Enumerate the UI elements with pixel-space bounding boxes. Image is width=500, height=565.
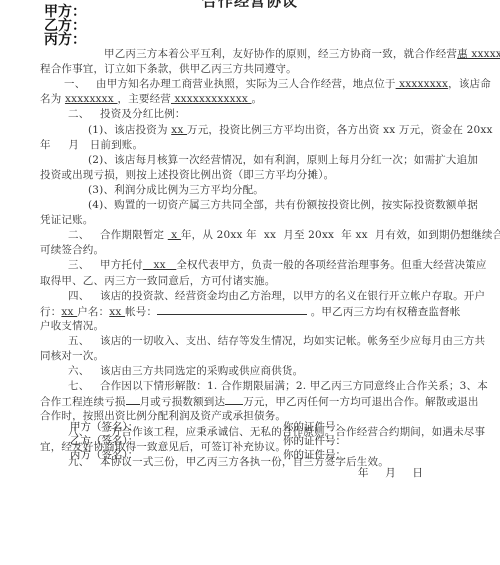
line-text: 行： [40, 306, 61, 318]
line-text: 三、 甲方托付 [68, 259, 143, 271]
agreement-line: 程合作事宜，订立如下条款，供甲乙丙三方共同遵守。 [40, 62, 485, 76]
line-text: 二、 合作期限暂定 [68, 229, 168, 241]
line-text: 合作工程连续亏损 [40, 396, 126, 408]
underlined-field: xxxxxxxxxxxx [171, 93, 252, 105]
line-text: 可续签合约。 [40, 244, 104, 256]
signature-party-c: 丙方（签名）： [70, 448, 138, 462]
line-text: 五、 该店的一切收入、支出、结存等发生情况，均如实记帐。帐务至少应每月由三方共 [68, 335, 485, 347]
document-page: 合作经营协议 甲方： 乙方： 丙方： 甲乙丙三方本着公平互利，友好协作的原则，经… [0, 0, 500, 565]
line-text: 全权代表甲方，负责一般的各项经营治理事务。但重大经营决策应 [176, 259, 486, 271]
agreement-line: 行：xx 户名：xx 帐号： 。甲乙丙三方均有权稽查监督帐 [40, 304, 485, 319]
signature-party-a: 甲方（签名）： [70, 420, 138, 434]
agreement-line: 投资或出现亏损，则按上述投资比例出资（即三方平均分摊）。 [40, 168, 485, 182]
line-text: (3)、利润分成比例为三方平均分配。 [88, 184, 264, 196]
agreement-line: 六、 该店由三方共同选定的采购或供应商供货。 [40, 364, 500, 378]
line-text: 年，从 20xx 年 xx 月至 20xx 年 xx 月有效，如到期仍想继续合作… [181, 229, 500, 241]
agreement-line: (4)、购置的一切资产属三方共同全部，共有份额按投资比例，按实际投资数额单据 [40, 198, 500, 212]
underlined-field: xxxxxxxx [65, 93, 118, 105]
agreement-line: 五、 该店的一切收入、支出、结存等发生情况，均如实记帐。帐务至少应每月由三方共 [40, 334, 500, 348]
agreement-line: (2)、该店每月核算一次经营情况，如有利润，原则上每月分红一次；如需扩大追加 [40, 153, 500, 167]
line-text: 同核对一次。 [40, 350, 104, 362]
underlined-field: xx [143, 259, 176, 271]
underlined-field: xx [171, 124, 187, 136]
id-number-party-a: 你的证件号： [283, 420, 346, 434]
underlined-field: xx [61, 306, 77, 318]
agreement-line: 合作工程连续亏损月或亏损数额到达万元，甲乙丙任何一方均可退出合作。解散或退出 [40, 394, 485, 409]
line-text: 户收支情况。 [40, 320, 104, 332]
line-text: (1)、该店投资为 [88, 124, 171, 136]
agreement-line: 可续签合约。 [40, 243, 485, 257]
agreement-line: 二、 合作期限暂定 x 年，从 20xx 年 xx 月至 20xx 年 xx 月… [40, 228, 500, 242]
line-text: ，该店命 [448, 78, 491, 90]
agreement-line: (3)、利润分成比例为三方平均分配。 [40, 183, 500, 197]
line-text: 。 [252, 93, 263, 105]
date-line: 年 月 日 [358, 466, 423, 480]
line-text: 年 月 日前到账。 [40, 139, 143, 151]
agreement-line: 取得甲、乙、丙三方一致同意后，方可付诸实施。 [40, 274, 485, 288]
line-text: 万元，甲乙丙任何一方均可退出合作。解散或退出 [243, 396, 478, 408]
underlined-field: 惠 xxxxxx [457, 48, 500, 60]
line-text: 四、 该店的投资款、经营资金均由乙方治理，以甲方的名义在银行开立帐户存取。开户 [68, 290, 485, 302]
id-number-party-b: 你的证件号： [283, 434, 346, 448]
line-text: 帐号： [125, 306, 157, 318]
agreement-line: 一、 由甲方知名办理工商营业执照，实际为三人合作经营，地点位于 xxxxxxxx… [40, 77, 500, 91]
fill-in-blank [157, 304, 307, 315]
line-text: 七、 合作因以下情形解散：1. 合作期限届满；2. 甲乙丙三方同意终止合作关系；… [68, 380, 488, 392]
line-text: 六、 该店由三方共同选定的采购或供应商供货。 [68, 365, 303, 377]
line-text: 户名： [77, 306, 109, 318]
line-text: 月或亏损数额到达 [140, 396, 226, 408]
line-text: (4)、购置的一切资产属三方共同全部，共有份额按投资比例，按实际投资数额单据 [88, 199, 478, 211]
fill-in-blank [225, 394, 243, 405]
underlined-field: xxxxxxxx [396, 78, 449, 90]
line-text: (2)、该店每月核算一次经营情况，如有利润，原则上每月分红一次；如需扩大追加 [88, 154, 478, 166]
line-text: 。甲乙丙三方均有权稽查监督帐 [307, 306, 460, 318]
agreement-line: 甲乙丙三方本着公平互利，友好协作的原则，经三方协商一致，就合作经营惠 xxxxx… [40, 47, 500, 61]
id-number-party-c: 你的证件号： [283, 448, 346, 462]
agreement-line: 年 月 日前到账。 [40, 138, 485, 152]
agreement-line: 名为 xxxxxxxx ，主要经营 xxxxxxxxxxxx 。 [40, 92, 485, 106]
agreement-line: (1)、该店投资为 xx 万元，投资比例三方平均出资，各方出资 xx 万元，资金… [40, 123, 500, 137]
line-text: ，主要经营 [117, 93, 171, 105]
line-text: 投资或出现亏损，则按上述投资比例出资（即三方平均分摊）。 [40, 169, 334, 181]
line-text: 二、 投资及分红比例： [68, 108, 186, 120]
line-text: 名为 [40, 93, 65, 105]
line-text: 甲乙丙三方本着公平互利，友好协作的原则，经三方协商一致，就合作经营 [104, 48, 457, 60]
line-text: 取得甲、乙、丙三方一致同意后，方可付诸实施。 [40, 275, 275, 287]
line-text: 一、 由甲方知名办理工商营业执照，实际为三人合作经营，地点位于 [64, 78, 396, 90]
agreement-line: 凭证记账。 [40, 213, 485, 227]
agreement-line: 三、 甲方托付 xx 全权代表甲方，负责一般的各项经营治理事务。但重大经营决策应 [40, 258, 500, 272]
fill-in-blank [126, 394, 140, 405]
line-text: 凭证记账。 [40, 214, 94, 226]
agreement-line: 七、 合作因以下情形解散：1. 合作期限届满；2. 甲乙丙三方同意终止合作关系；… [40, 379, 500, 393]
agreement-line: 户收支情况。 [40, 319, 485, 333]
agreement-line: 同核对一次。 [40, 349, 485, 363]
signature-party-b: 乙方（签名）： [70, 434, 138, 448]
underlined-field: x [168, 229, 181, 241]
agreement-line: 四、 该店的投资款、经营资金均由乙方治理，以甲方的名义在银行开立帐户存取。开户 [40, 289, 500, 303]
agreement-line: 二、 投资及分红比例： [40, 107, 500, 121]
line-text: 程合作事宜，订立如下条款，供甲乙丙三方共同遵守。 [40, 63, 297, 75]
party-c-label: 丙方： [44, 32, 86, 48]
line-text: 万元，投资比例三方平均出资，各方出资 xx 万元，资金在 20xx [187, 124, 493, 136]
underlined-field: xx [109, 306, 125, 318]
